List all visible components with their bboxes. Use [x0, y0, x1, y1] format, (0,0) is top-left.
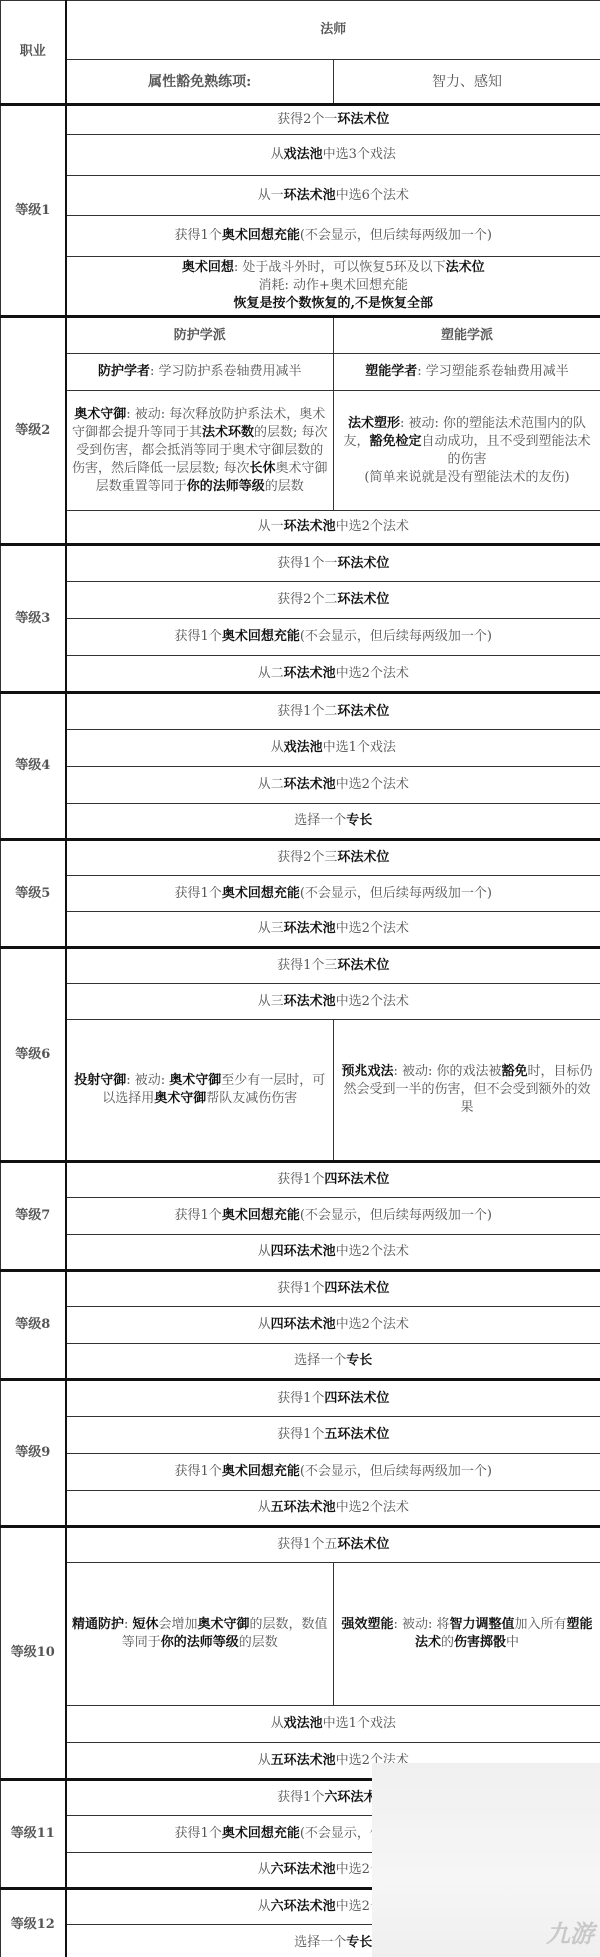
level-label: 等级6	[1, 948, 66, 1162]
saving-throw-label: 属性豁免熟练项:	[66, 60, 334, 105]
jiuyou-logo-icon: 九游	[546, 1914, 594, 1949]
level-label: 等级7	[1, 1162, 66, 1271]
level-label: 等级4	[1, 693, 66, 840]
feature-row: 获得1个一环法术位	[66, 545, 600, 582]
level-label: 等级10	[1, 1527, 66, 1780]
level-label: 等级11	[1, 1780, 66, 1889]
feature-row: 获得1个五环法术位	[66, 1417, 600, 1454]
feature-row: 获得1个四环法术位	[66, 1271, 600, 1307]
feature-row: 从一环法术池中选6个法术	[66, 176, 600, 216]
level-label: 等级3	[1, 545, 66, 693]
feature-row: 获得1个奥术回想充能(不会显示，但后续每两级加一个)	[66, 1198, 600, 1235]
arcane-ward-description: 奥术守御: 被动: 每次释放防护系法术，奥术守御都会提升等同于其法术环数的层数;…	[66, 391, 334, 511]
level-label: 等级2	[1, 317, 66, 545]
potent-cantrip-description: 预兆戏法: 被动: 你的戏法被豁免时，目标仍然会受到一半的伤害，但不会受到额外的…	[334, 1020, 600, 1162]
feature-row: 获得1个奥术回想充能(不会显示，但后续每两级加一个)	[66, 619, 600, 656]
feature-row: 从四环法术池中选2个法术	[66, 1235, 600, 1271]
level-label: 等级8	[1, 1271, 66, 1380]
feature-row: 从四环法术池中选2个法术	[66, 1307, 600, 1344]
feature-row: 获得1个奥术回想充能(不会显示，但后续每两级加一个)	[66, 1454, 600, 1491]
feature-row: 获得1个四环法术位	[66, 1380, 600, 1417]
feature-row: 从二环法术池中选2个法术	[66, 656, 600, 693]
feature-row: 从戏法池中选3个戏法	[66, 135, 600, 176]
feature-row: 从二环法术池中选2个法术	[66, 767, 600, 804]
feature-row: 获得1个五环法术位	[66, 1527, 600, 1563]
feature-row: 获得2个二环法术位	[66, 582, 600, 619]
improved-abjuration-description: 精通防护: 短休会增加奥术守御的层数，数值等同于你的法师等级的层数	[66, 1563, 334, 1706]
feature-row: 获得1个三环法术位	[66, 948, 600, 984]
level-label: 等级1	[1, 105, 66, 317]
feature-row: 获得1个四环法术位	[66, 1162, 600, 1198]
feature-row: 获得2个一环法术位	[66, 105, 600, 135]
wizard-progression-table: 职业 法师 属性豁免熟练项: 智力、感知 等级1 获得2个一环法术位 从戏法池中…	[0, 0, 600, 1957]
class-column-label: 职业	[1, 1, 66, 105]
watermark-overlay: 九游	[372, 1763, 600, 1957]
school-evocation-heading: 塑能学派	[334, 317, 600, 354]
school-abjuration-heading: 防护学派	[66, 317, 334, 354]
arcane-recovery-description: 奥术回想: 处于战斗外时，可以恢复5环及以下法术位 消耗: 动作+奥术回想充能 …	[66, 257, 600, 317]
feature-row: 获得1个二环法术位	[66, 693, 600, 730]
feature-row: 从三环法术池中选2个法术	[66, 984, 600, 1020]
level-label: 等级12	[1, 1889, 66, 1957]
feature-row: 选择一个专长	[66, 1344, 600, 1380]
feature-row: 获得1个奥术回想充能(不会显示，但后续每两级加一个)	[66, 216, 600, 257]
feature-row: 从三环法术池中选2个法术	[66, 912, 600, 948]
empowered-evocation-description: 强效塑能: 被动: 将智力调整值加入所有塑能法术的伤害掷骰中	[334, 1563, 600, 1706]
class-title: 法师	[66, 1, 600, 60]
evocation-savant: 塑能学者: 学习塑能系卷轴费用减半	[334, 354, 600, 391]
feature-row: 选择一个专长	[66, 804, 600, 840]
abjuration-savant: 防护学者: 学习防护系卷轴费用减半	[66, 354, 334, 391]
level-label: 等级9	[1, 1380, 66, 1527]
feature-row: 获得2个三环法术位	[66, 840, 600, 876]
saving-throw-value: 智力、感知	[334, 60, 600, 105]
feature-row: 从戏法池中选1个戏法	[66, 1706, 600, 1743]
sculpt-spells-description: 法术塑形: 被动: 你的塑能法术范围内的队友，豁免检定自动成功，且不受到塑能法术…	[334, 391, 600, 511]
feature-row: 获得1个奥术回想充能(不会显示，但后续每两级加一个)	[66, 876, 600, 912]
feature-row: 从一环法术池中选2个法术	[66, 511, 600, 545]
feature-row: 从戏法池中选1个戏法	[66, 730, 600, 767]
projected-ward-description: 投射守御: 被动: 奥术守御至少有一层时，可以选择用奥术守御帮队友减伤伤害	[66, 1020, 334, 1162]
level-label: 等级5	[1, 840, 66, 948]
feature-row: 从五环法术池中选2个法术	[66, 1491, 600, 1527]
